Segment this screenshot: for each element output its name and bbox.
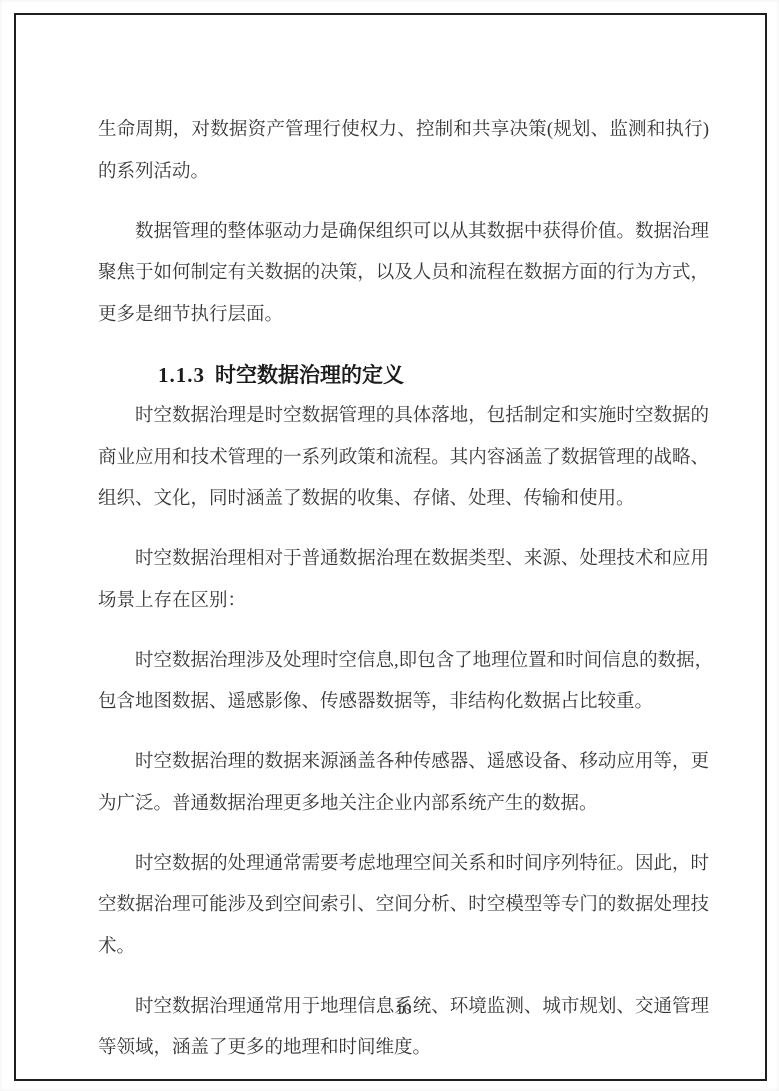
text-line: 更多是细节执行层面。 [98,295,709,337]
document-page: 生命周期，对数据资产管理行使权力、控制和共享决策(规划、监测和执行) 的系列活动… [0,0,779,1091]
text-line: 时空数据治理相对于普通数据治理在数据类型、来源、处理技术和应用 [98,539,709,581]
text-line: 的系列活动。 [98,152,709,194]
text-line: 数据管理的整体驱动力是确保组织可以从其数据中获得价值。数据治理 [98,212,709,254]
text-line: 组织、文化，同时涵盖了数据的收集、存储、处理、传输和使用。 [98,479,709,521]
text-line: 为广泛。普通数据治理更多地关注企业内部系统产生的数据。 [98,784,709,826]
text-line: 包含地图数据、遥感影像、传感器数据等，非结构化数据占比较重。 [98,682,709,724]
text-line: 生命周期，对数据资产管理行使权力、控制和共享决策(规划、监测和执行) [98,110,709,152]
section-heading: 1.1.3时空数据治理的定义 [98,355,709,397]
text-line: 时空数据治理是时空数据管理的具体落地，包括制定和实施时空数据的 [98,396,709,438]
text-line: 时空数据治理涉及处理时空信息,即包含了地理位置和时间信息的数据， [98,641,709,683]
text-line: 聚焦于如何制定有关数据的决策，以及人员和流程在数据方面的行为方式， [98,253,709,295]
section-number: 1.1.3 [158,363,205,387]
text-line: 时空数据的处理通常需要考虑地理空间关系和时间序列特征。因此，时 [98,844,709,886]
text-line: 时空数据治理的数据来源涵盖各种传感器、遥感设备、移动应用等，更 [98,742,709,784]
section-title: 时空数据治理的定义 [215,363,404,387]
text-line: 术。 [98,927,709,969]
page-number: 10 [98,1001,709,1019]
page-body: 生命周期，对数据资产管理行使权力、控制和共享决策(规划、监测和执行) 的系列活动… [98,110,709,1088]
text-line: 商业应用和技术管理的一系列政策和流程。其内容涵盖了数据管理的战略、 [98,438,709,480]
text-line: 等领域，涵盖了更多的地理和时间维度。 [98,1028,709,1070]
text-line: 场景上存在区别： [98,581,709,623]
text-line: 空数据治理可能涉及到空间索引、空间分析、时空模型等专门的数据处理技 [98,885,709,927]
